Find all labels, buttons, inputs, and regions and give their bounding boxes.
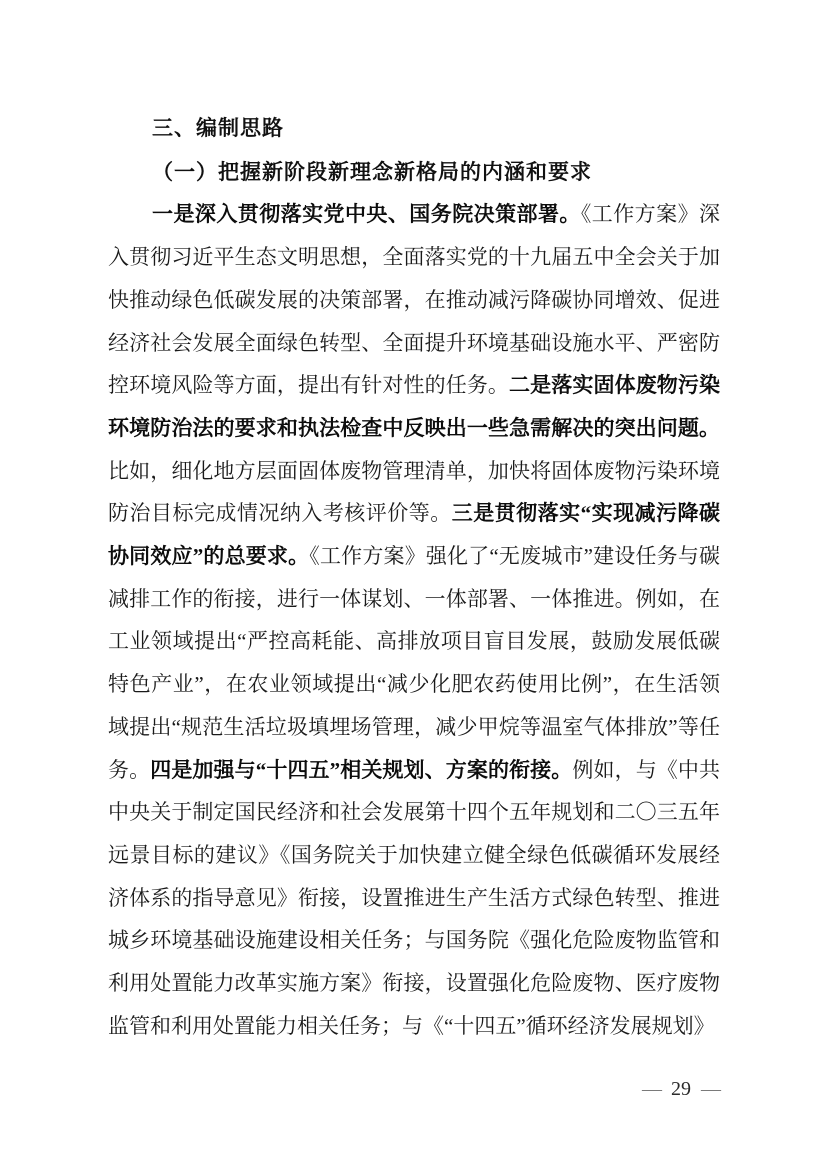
footer-dash-right: — <box>701 1078 720 1100</box>
emphasis-text: 四是加强与“十四五”相关规划、方案的衔接。 <box>150 758 572 782</box>
body-text: 《工作方案》深入贯彻习近平生态文明思想，全面落实党的十九届五中全会关于加快推动绿… <box>108 202 720 397</box>
body-paragraph: 一是深入贯彻落实党中央、国务院决策部署。《工作方案》深入贯彻习近平生态文明思想，… <box>108 193 720 1047</box>
footer-dash-left: — <box>642 1078 661 1100</box>
body-text: 《工作方案》强化了“无废城市”建设任务与碳减排工作的衔接，进行一体谋划、一体部署… <box>108 544 720 782</box>
subsection-heading: （一）把握新阶段新理念新格局的内涵和要求 <box>108 151 720 194</box>
document-page: 三、编制思路 （一）把握新阶段新理念新格局的内涵和要求 一是深入贯彻落实党中央、… <box>0 0 826 1169</box>
page-number: 29 <box>671 1078 691 1100</box>
section-heading: 三、编制思路 <box>108 108 720 151</box>
body-text: 例如，与《中共中央关于制定国民经济和社会发展第十四个五年规划和二〇三五年远景目标… <box>108 758 720 1038</box>
page-footer: — 29 — <box>642 1078 720 1100</box>
document-content: 三、编制思路 （一）把握新阶段新理念新格局的内涵和要求 一是深入贯彻落实党中央、… <box>108 108 720 1047</box>
emphasis-text: 一是深入贯彻落实党中央、国务院决策部署。 <box>152 202 581 226</box>
